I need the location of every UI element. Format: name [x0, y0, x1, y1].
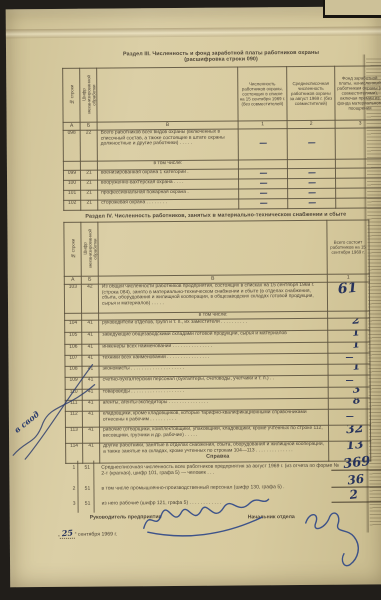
code-cell: 21	[80, 170, 97, 180]
row-number-cell: 106	[65, 344, 82, 355]
code-cell: 21	[81, 200, 98, 210]
row-number-header: № строки	[70, 239, 75, 259]
scan-background: Раздел III. Численность и фонд заработно…	[0, 0, 381, 600]
handwritten-day: 25	[61, 527, 73, 538]
handwritten-dash: —	[308, 188, 315, 196]
value-cell	[335, 168, 381, 178]
value-cell: 61	[327, 282, 369, 311]
margin-note-text: в свод	[12, 409, 41, 435]
section3-title-block: Раздел III. Численность и фонд заработно…	[76, 49, 366, 64]
value-cell: 32	[328, 425, 370, 441]
value-cell: —	[239, 189, 288, 199]
handwritten-dash: —	[308, 168, 315, 176]
handwritten-dash: —	[259, 169, 266, 177]
row-label: Из общей численности работников предприя…	[98, 282, 327, 313]
handwritten-dash: —	[345, 353, 352, 362]
report-date: „25“ сентября 1969 г.	[58, 527, 117, 538]
value-cell: 1	[328, 342, 370, 353]
value-cell	[238, 160, 287, 169]
value-cell: —	[288, 198, 336, 208]
code-header-cell: Шифр механизированной обработки	[81, 222, 98, 276]
row-label: Всего работников всех видов охраны (вклю…	[97, 129, 238, 161]
handwritten-value: 61	[337, 286, 357, 294]
handwritten-value: 1	[352, 342, 360, 348]
value-cell: —	[288, 188, 336, 198]
handwritten-value: 2	[352, 318, 360, 324]
code-cell: 51	[81, 486, 93, 492]
handwritten-dash: —	[260, 189, 267, 197]
adjacent-page-corner	[323, 0, 381, 18]
code-header-cell: Шифр механизированной обработки	[80, 68, 97, 122]
value-cell: —	[239, 199, 288, 209]
row-number-header-cell: № строки	[63, 68, 80, 122]
table-row: 103 42 Из общей численности работников п…	[64, 282, 369, 313]
margin-note: в свод	[4, 359, 105, 470]
row-label: рабочие (отборщики, комплектовщики, упак…	[99, 425, 328, 443]
code-header: Шифр механизированной обработки	[82, 224, 97, 274]
value-cell	[335, 128, 381, 159]
handwritten-dash: —	[346, 410, 353, 420]
form-page: Раздел III. Численность и фонд заработно…	[6, 6, 381, 587]
value-cell: 2	[328, 318, 370, 330]
row-number-cell: 105	[65, 332, 82, 344]
wage-fund-header: Фонд заработной платы, начисленный работ…	[335, 66, 381, 120]
letter-cell: Б	[80, 122, 97, 130]
handwritten-dash: —	[308, 137, 315, 147]
row-number-cell: 101	[64, 190, 81, 200]
handwritten-dash: —	[259, 137, 266, 147]
value-cell: —	[288, 178, 336, 188]
date-month: сентября 1969 г.	[78, 531, 117, 537]
value-cell: —	[238, 169, 287, 179]
value-cell	[335, 159, 381, 168]
value-cell	[336, 198, 381, 208]
row-number-cell: 098	[63, 130, 80, 161]
row-number-cell: 2	[65, 486, 75, 492]
row-label: кладовщики, кроме кладовщиков, которые т…	[99, 409, 328, 427]
code-cell: 41	[82, 344, 99, 355]
chief-signature	[292, 506, 381, 569]
value-cell: —	[287, 168, 335, 178]
table-row: 102 21 сторожевая охрана . . . . . . . .…	[64, 198, 381, 211]
handwritten-value: 32	[345, 425, 363, 432]
handwritten-value: 36	[347, 472, 365, 488]
letter-cell: А	[63, 122, 80, 130]
avg-count-header: Среднесписочная численность работников о…	[287, 66, 335, 120]
section4-table: № строки Шифр механизированной обработки…	[63, 219, 371, 463]
handwritten-dash: —	[308, 198, 315, 206]
handwritten-dash: —	[346, 375, 353, 384]
value-cell	[287, 159, 335, 168]
row-label: сторожевая охрана . . . . . . . .	[98, 199, 239, 210]
handwritten-dash: —	[308, 178, 315, 186]
value-cell: —	[287, 128, 335, 159]
handwritten-value: 369	[343, 454, 372, 472]
value-cell: 1	[328, 364, 370, 375]
quote-close: “	[75, 532, 77, 538]
description-header-cell	[97, 67, 238, 122]
handwritten-dash: —	[260, 179, 267, 187]
code-cell: 51	[82, 501, 94, 507]
description-header-cell	[98, 220, 327, 276]
value-cell: —	[239, 179, 288, 189]
handwritten-value: 13	[345, 441, 363, 448]
row-number-header: № строки	[69, 85, 74, 105]
code-cell: 21	[81, 180, 98, 190]
letter-cell: А	[64, 276, 81, 284]
value-cell	[336, 188, 381, 198]
code-cell	[80, 161, 97, 170]
handwritten-value: 3	[353, 387, 361, 393]
handwritten-value: 1	[352, 330, 360, 336]
code-cell: 41	[82, 332, 99, 344]
value-cell: —	[328, 375, 370, 387]
code-cell: 22	[80, 130, 97, 161]
code-header: Шифр механизированной обработки	[81, 70, 96, 120]
row-number-cell: 104	[65, 320, 82, 332]
handwritten-value: 8	[353, 398, 361, 404]
table-row: 098 22 Всего работников всех видов охран…	[63, 128, 381, 162]
code-cell: 42	[81, 284, 98, 313]
code-cell: 21	[81, 190, 98, 200]
value-cell: 1	[328, 330, 370, 342]
value-cell	[336, 178, 381, 188]
row-number-cell: 103	[64, 284, 81, 313]
section3-header-row: № строки Шифр механизированной обработки…	[63, 66, 381, 123]
paper-fold-crease	[6, 26, 381, 38]
spravka-row: 2 51 в том числе промышленно-производств…	[65, 484, 365, 486]
row-label: в том числе промышленно-производственный…	[101, 484, 339, 492]
row-number-header-cell: № строки	[64, 222, 81, 276]
row-number-cell: 102	[64, 200, 81, 210]
row-number-cell	[63, 161, 80, 170]
code-cell: 41	[82, 320, 99, 332]
count-list-header: Численность работников охраны, состоящих…	[238, 67, 287, 121]
section3-table: № строки Шифр механизированной обработки…	[62, 65, 381, 211]
total-workers-header: Всего состоит работников на 15 сентября …	[327, 220, 369, 274]
director-signature	[138, 497, 273, 544]
row-number-cell: 100	[64, 180, 81, 190]
row-number-cell: 3	[66, 501, 76, 507]
letter-cell: Б	[81, 276, 98, 284]
handwritten-value: 2	[349, 487, 359, 502]
value-cell: —	[328, 409, 370, 425]
value-cell: —	[238, 129, 287, 160]
section3-subtitle: (расшифровка строки 090)	[76, 56, 366, 65]
row-number-cell: 099	[63, 170, 80, 180]
row-label: Среднесписочная численность всех работни…	[101, 463, 339, 477]
value-cell: 8	[328, 398, 370, 409]
value-cell: —	[328, 353, 370, 364]
value-cell: 3	[328, 387, 370, 398]
handwritten-dash: —	[260, 199, 267, 207]
section4-header-row: № строки Шифр механизированной обработки…	[64, 220, 369, 276]
handwritten-value: 1	[353, 364, 361, 370]
